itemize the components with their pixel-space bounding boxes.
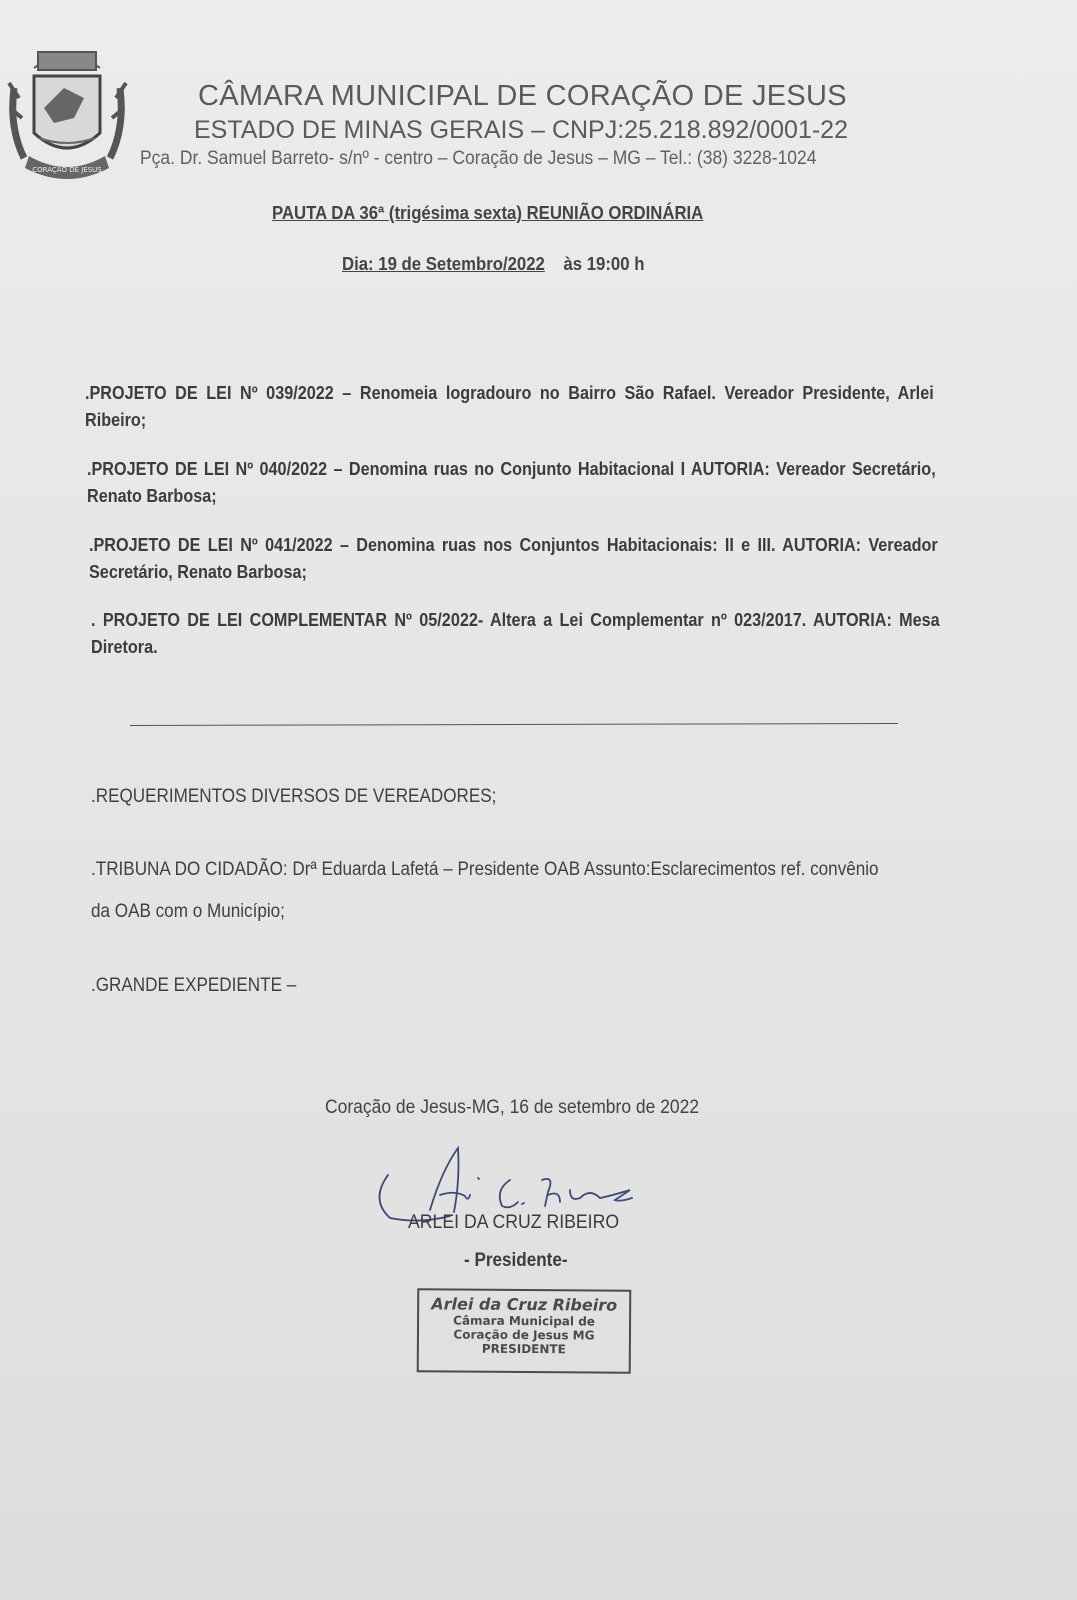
grande-expediente-section: .GRANDE EXPEDIENTE – bbox=[91, 975, 296, 997]
stamp-line-2: Coração de Jesus MG bbox=[419, 1327, 629, 1342]
agenda-item: .PROJETO DE LEI Nº 041/2022 – Denomina r… bbox=[89, 532, 937, 586]
state-cnpj: ESTADO DE MINAS GERAIS – CNPJ:25.218.892… bbox=[194, 116, 848, 145]
separator-line bbox=[130, 723, 898, 726]
meeting-date: Dia: 19 de Setembro/2022 às 19:00 h bbox=[342, 254, 644, 275]
coat-of-arms-icon: CORAÇÃO DE JESUS bbox=[4, 38, 130, 188]
agenda-item: . PROJETO DE LEI COMPLEMENTAR Nº 05/2022… bbox=[91, 607, 939, 661]
official-stamp: Arlei da Cruz Ribeiro Câmara Municipal d… bbox=[417, 1288, 632, 1373]
institution-name: CÂMARA MUNICIPAL DE CORAÇÃO DE JESUS bbox=[198, 80, 847, 113]
agenda-item: .PROJETO DE LEI Nº 039/2022 – Renomeia l… bbox=[85, 380, 933, 434]
signatory-name: ARLEI DA CRUZ RIBEIRO bbox=[408, 1212, 619, 1234]
signatory-role: - Presidente- bbox=[464, 1250, 568, 1272]
agenda-item: .PROJETO DE LEI Nº 040/2022 – Denomina r… bbox=[87, 456, 935, 510]
stamp-line-3: PRESIDENTE bbox=[419, 1341, 629, 1356]
stamp-name: Arlei da Cruz Ribeiro bbox=[419, 1294, 629, 1314]
tribuna-section: .TRIBUNA DO CIDADÃO: Drª Eduarda Lafetá … bbox=[91, 859, 879, 881]
meeting-day: Dia: 19 de Setembro/2022 bbox=[342, 254, 545, 274]
address-line: Pça. Dr. Samuel Barreto- s/nº - centro –… bbox=[140, 148, 816, 170]
agenda-title: PAUTA DA 36ª (trigésima sexta) REUNIÃO O… bbox=[272, 203, 703, 224]
tribuna-continuation: da OAB com o Município; bbox=[91, 901, 285, 923]
svg-text:CORAÇÃO DE JESUS: CORAÇÃO DE JESUS bbox=[32, 165, 102, 174]
requerimentos-section: .REQUERIMENTOS DIVERSOS DE VEREADORES; bbox=[91, 786, 496, 808]
stamp-line-1: Câmara Municipal de bbox=[419, 1313, 629, 1328]
tribuna-label: .TRIBUNA DO CIDADÃO bbox=[91, 859, 283, 880]
place-date: Coração de Jesus-MG, 16 de setembro de 2… bbox=[325, 1097, 699, 1119]
tribuna-text: : Drª Eduarda Lafetá – Presidente OAB As… bbox=[283, 859, 879, 880]
meeting-time: às 19:00 h bbox=[563, 254, 644, 274]
